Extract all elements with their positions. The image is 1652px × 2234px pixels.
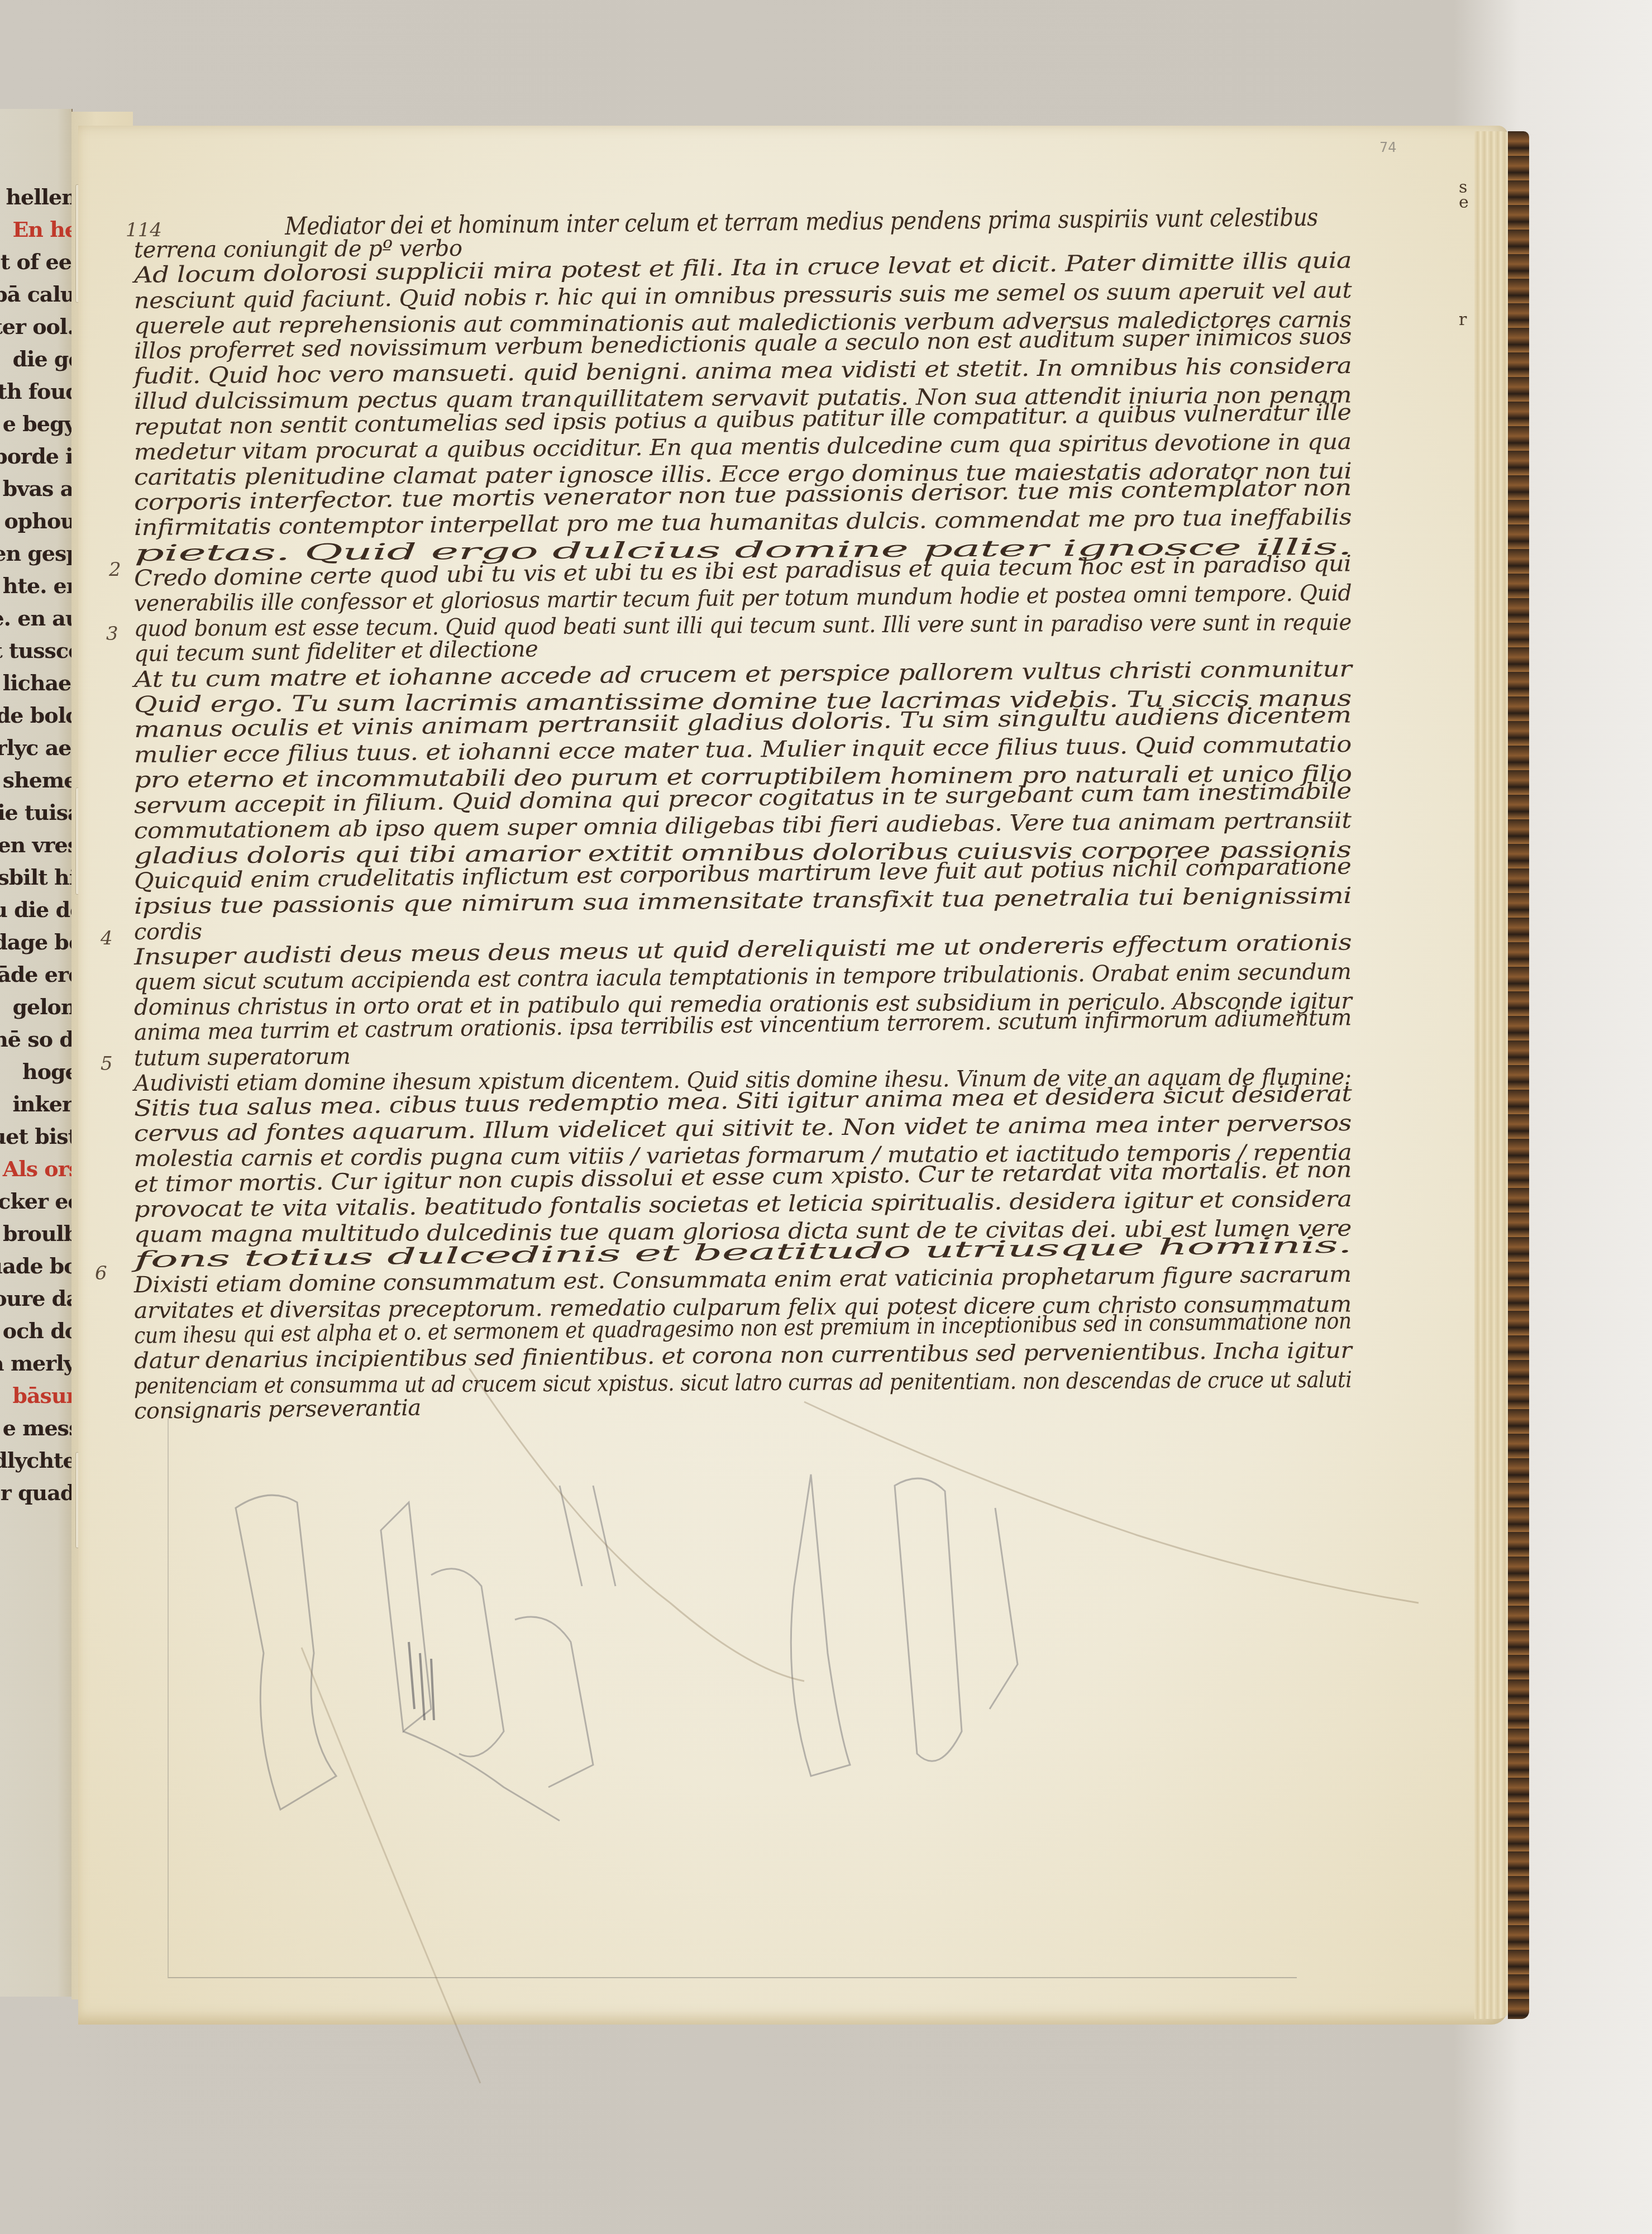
left-page-line: ncker een xyxy=(0,1188,73,1214)
left-page-line: bāde ere. xyxy=(0,962,73,987)
left-page-line: e messe xyxy=(3,1415,73,1440)
leather-binding xyxy=(1508,131,1529,2019)
left-page-line: pae. en aud xyxy=(0,605,73,631)
left-page-line: lichaem xyxy=(3,670,73,695)
left-page-line: de en vrese xyxy=(0,832,73,857)
margin-number: 3 xyxy=(106,623,118,645)
left-page-line: hē so de xyxy=(0,1027,73,1052)
left-page-line: hte. en xyxy=(3,573,73,598)
left-page-line: die tuisa xyxy=(0,800,73,825)
edge-letter: e xyxy=(1459,193,1469,212)
left-page-line: dlychte. xyxy=(0,1448,73,1473)
margin-number: 5 xyxy=(101,1053,113,1075)
left-page-line: Als ors xyxy=(3,1156,73,1181)
page-crease-icon xyxy=(78,1368,1508,2094)
left-page-line: en gespa xyxy=(0,541,73,566)
left-page-line: s de hellene xyxy=(0,184,73,209)
text-line: tutum superatorum xyxy=(134,1043,351,1071)
left-page-line: wuet bistu xyxy=(0,1124,73,1149)
left-page-line: d ophoude xyxy=(0,508,73,533)
left-page-line: bet of een xyxy=(0,249,73,274)
left-page-line: die ge xyxy=(12,346,73,371)
text-line: qui tecum sunt fideliter et dilectione xyxy=(134,637,538,667)
left-page-line: inkers xyxy=(12,1091,73,1116)
folio-number: 74 xyxy=(1379,140,1397,155)
left-page-line: bā calua xyxy=(0,281,73,307)
left-page-line: hoge. xyxy=(22,1059,73,1084)
left-page-line: t tussce xyxy=(0,638,73,663)
edge-letter: r xyxy=(1459,310,1467,330)
margin-number: 2 xyxy=(109,558,121,581)
left-page-line: z q̄de bolc xyxy=(0,703,73,728)
left-page-line: En het xyxy=(12,217,73,242)
left-page-line: dage bed xyxy=(0,929,73,954)
left-page-line: orth foude xyxy=(0,379,73,404)
left-page-line: ter ool. xyxy=(0,314,73,339)
left-page-line: tu die de xyxy=(0,897,73,922)
left-page-line: iā merlyc xyxy=(0,1350,73,1376)
left-page-line: e broulbe xyxy=(0,1221,73,1246)
left-page-line: oure dae xyxy=(0,1286,73,1311)
text-line: cordis xyxy=(134,919,202,945)
left-page-line: erlyc aen xyxy=(0,735,73,760)
left-page-line: shemeve xyxy=(3,767,73,793)
left-page-line: per quader xyxy=(0,1480,73,1505)
left-page-line: de sbilt hi xyxy=(0,865,73,890)
left-facing-page: s de helleneEn hetbet of eenbā caluater … xyxy=(0,109,73,1997)
margin-number: 4 xyxy=(101,927,113,949)
left-page-line: borde in xyxy=(0,443,73,469)
left-page-line: bāsunt xyxy=(12,1383,73,1408)
margin-number: 6 xyxy=(95,1262,107,1285)
left-page-line: bvas al xyxy=(3,476,73,501)
left-page-line: quade bolc xyxy=(0,1253,73,1278)
left-page-line: och doe xyxy=(3,1318,73,1343)
left-page-line: gelone xyxy=(12,994,73,1019)
left-page-line: e begyn xyxy=(3,411,73,436)
